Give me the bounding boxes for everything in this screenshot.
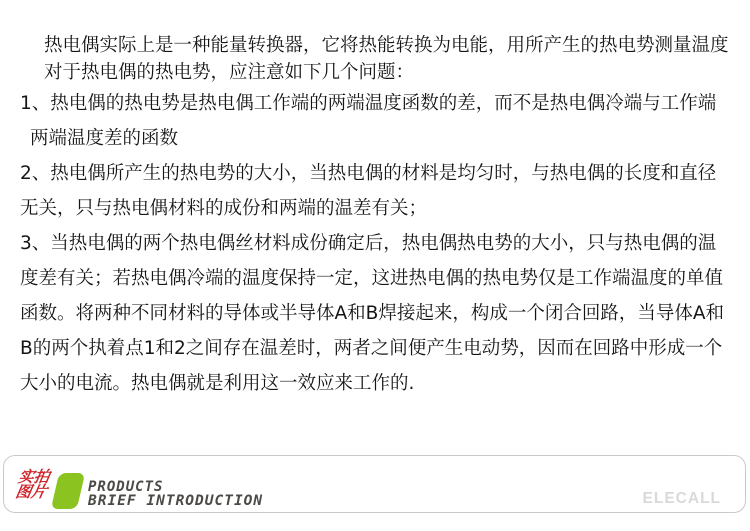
item1-line-2: 两端温度差的函数 bbox=[30, 121, 750, 156]
footer-caption: PRODUCTS BRIEF INTRODUCTION bbox=[88, 481, 263, 509]
item3-line-3: 函数。将两种不同材料的导体或半导体A和B焊接起来，构成一个闭合回路，当导体A和 bbox=[20, 296, 750, 331]
green-badge-shape bbox=[51, 473, 85, 509]
intro-line-2: 对于热电偶的热电势，应注意如下几个问题： bbox=[44, 59, 750, 86]
elecall-watermark: ELECALL bbox=[643, 490, 721, 508]
footer-banner: 实拍 图片 PRODUCTS BRIEF INTRODUCTION ELECAL… bbox=[3, 455, 746, 513]
item2-line-2: 无关，只与热电偶材料的成份和两端的温差有关； bbox=[20, 191, 750, 226]
real-photo-stamp: 实拍 图片 bbox=[14, 470, 50, 500]
item3-line-2: 度差有关；若热电偶冷端的温度保持一定，这进热电偶的热电势仅是工作端温度的单值 bbox=[20, 261, 750, 296]
stamp-line-2: 图片 bbox=[14, 485, 48, 500]
thermocouple-description-text: 热电偶实际上是一种能量转换器，它将热能转换为电能，用所产生的热电势测量温度 对于… bbox=[0, 0, 750, 401]
item1-line-1: 1、热电偶的热电势是热电偶工作端的两端温度函数的差，而不是热电偶冷端与工作端 bbox=[20, 86, 750, 121]
item3-line-5: 大小的电流。热电偶就是利用这一效应来工作的. bbox=[20, 366, 750, 401]
intro-line-1: 热电偶实际上是一种能量转换器，它将热能转换为电能，用所产生的热电势测量温度 bbox=[44, 32, 750, 59]
item3-line-4: B的两个执着点1和2之间存在温差时，两者之间便产生电动势，因而在回路中形成一个 bbox=[20, 331, 750, 366]
item2-line-1: 2、热电偶所产生的热电势的大小，当热电偶的材料是均匀时，与热电偶的长度和直径 bbox=[20, 156, 750, 191]
caption-introduction-line: BRIEF INTRODUCTION bbox=[88, 494, 263, 509]
item3-line-1: 3、当热电偶的两个热电偶丝材料成份确定后，热电偶热电势的大小，只与热电偶的温 bbox=[20, 226, 750, 261]
